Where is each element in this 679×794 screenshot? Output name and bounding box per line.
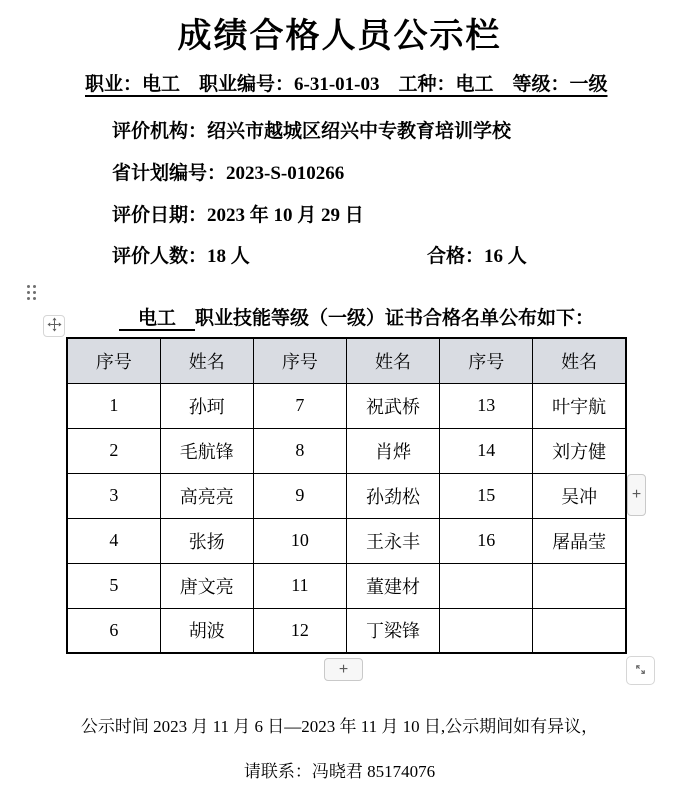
table-cell[interactable]: 1 [67, 383, 160, 428]
roster-table-head: 序号姓名序号姓名序号姓名 [67, 338, 626, 383]
roster-table: 序号姓名序号姓名序号姓名 1孙珂7祝武桥13叶宇航2毛航锋8肖烨14刘方健3高亮… [66, 337, 627, 654]
table-cell[interactable]: 2 [67, 428, 160, 473]
table-cell[interactable]: 15 [440, 473, 533, 518]
add-column-button[interactable]: + [627, 474, 646, 516]
agency-line: 评价机构：绍兴市越城区绍兴中专教育培训学校 [112, 116, 511, 143]
table-cell[interactable]: 祝武桥 [346, 383, 439, 428]
table-cell[interactable]: 屠晶莹 [533, 518, 626, 563]
table-cell[interactable]: 王永丰 [346, 518, 439, 563]
table-cell[interactable]: 4 [67, 518, 160, 563]
resize-arrows-icon [633, 662, 648, 680]
table-cell[interactable]: 13 [440, 383, 533, 428]
table-cell[interactable]: 6 [67, 608, 160, 653]
eval-count-text: 评价人数：18 人 [112, 241, 250, 268]
header-cell[interactable]: 姓名 [533, 338, 626, 383]
table-cell[interactable]: 8 [253, 428, 346, 473]
table-cell[interactable]: 叶宇航 [533, 383, 626, 428]
eval-date-line: 评价日期：2023 年 10 月 29 日 [112, 200, 364, 227]
table-cell[interactable] [440, 563, 533, 608]
table-cell[interactable]: 张扬 [160, 518, 253, 563]
table-resize-handle[interactable] [626, 656, 655, 685]
table-cell[interactable]: 14 [440, 428, 533, 473]
table-cell[interactable]: 肖烨 [346, 428, 439, 473]
header-cell[interactable]: 姓名 [346, 338, 439, 383]
table-row: 5唐文亮11董建材 [67, 563, 626, 608]
table-cell[interactable] [533, 608, 626, 653]
table-cell[interactable]: 高亮亮 [160, 473, 253, 518]
pass-count-text: 合格：16 人 [427, 241, 527, 268]
roster-table-body: 1孙珂7祝武桥13叶宇航2毛航锋8肖烨14刘方健3高亮亮9孙劲松15吴冲4张扬1… [67, 383, 626, 653]
table-row: 4张扬10王永丰16屠晶莹 [67, 518, 626, 563]
intro-occupation-underlined: 电工 [119, 308, 195, 329]
add-row-button[interactable]: + [324, 658, 363, 681]
table-cell[interactable]: 7 [253, 383, 346, 428]
table-cell[interactable]: 孙珂 [160, 383, 253, 428]
intro-rest-text: 职业技能等级（一级）证书合格名单公布如下： [195, 308, 594, 329]
table-move-handle[interactable] [43, 315, 65, 337]
move-arrows-icon [47, 317, 62, 335]
header-cell[interactable]: 序号 [67, 338, 160, 383]
header-cell[interactable]: 序号 [253, 338, 346, 383]
plan-number-line: 省计划编号：2023-S-010266 [112, 158, 344, 185]
table-cell[interactable]: 胡波 [160, 608, 253, 653]
table-cell[interactable]: 毛航锋 [160, 428, 253, 473]
header-row: 序号姓名序号姓名序号姓名 [67, 338, 626, 383]
contact-line: 请联系：冯晓君 85174076 [0, 757, 679, 782]
table-cell[interactable]: 丁梁锋 [346, 608, 439, 653]
table-cell[interactable]: 9 [253, 473, 346, 518]
header-cell[interactable]: 姓名 [160, 338, 253, 383]
table-cell[interactable]: 唐文亮 [160, 563, 253, 608]
table-cell[interactable]: 16 [440, 518, 533, 563]
roster-table-wrap: 序号姓名序号姓名序号姓名 1孙珂7祝武桥13叶宇航2毛航锋8肖烨14刘方健3高亮… [66, 337, 627, 654]
occupation-line: 职业：电工 职业编号：6-31-01-03 工种：电工 等级：一级 [85, 69, 607, 96]
table-cell[interactable]: 董建材 [346, 563, 439, 608]
table-cell[interactable]: 12 [253, 608, 346, 653]
table-cell[interactable] [440, 608, 533, 653]
table-cell[interactable]: 5 [67, 563, 160, 608]
page-title: 成绩合格人员公示栏 [0, 8, 679, 57]
table-row: 3高亮亮9孙劲松15吴冲 [67, 473, 626, 518]
table-cell[interactable] [533, 563, 626, 608]
document-page: 成绩合格人员公示栏 职业：电工 职业编号：6-31-01-03 工种：电工 等级… [0, 0, 679, 794]
header-cell[interactable]: 序号 [440, 338, 533, 383]
table-cell[interactable]: 孙劲松 [346, 473, 439, 518]
publicity-period-line: 公示时间 2023 月 11 月 6 日—2023 年 11 月 10 日,公示… [0, 712, 679, 737]
paragraph-drag-handle-icon[interactable] [26, 283, 37, 301]
table-cell[interactable]: 吴冲 [533, 473, 626, 518]
table-cell[interactable]: 刘方健 [533, 428, 626, 473]
table-cell[interactable]: 11 [253, 563, 346, 608]
table-row: 6胡波12丁梁锋 [67, 608, 626, 653]
table-cell[interactable]: 3 [67, 473, 160, 518]
table-row: 1孙珂7祝武桥13叶宇航 [67, 383, 626, 428]
table-cell[interactable]: 10 [253, 518, 346, 563]
table-row: 2毛航锋8肖烨14刘方健 [67, 428, 626, 473]
